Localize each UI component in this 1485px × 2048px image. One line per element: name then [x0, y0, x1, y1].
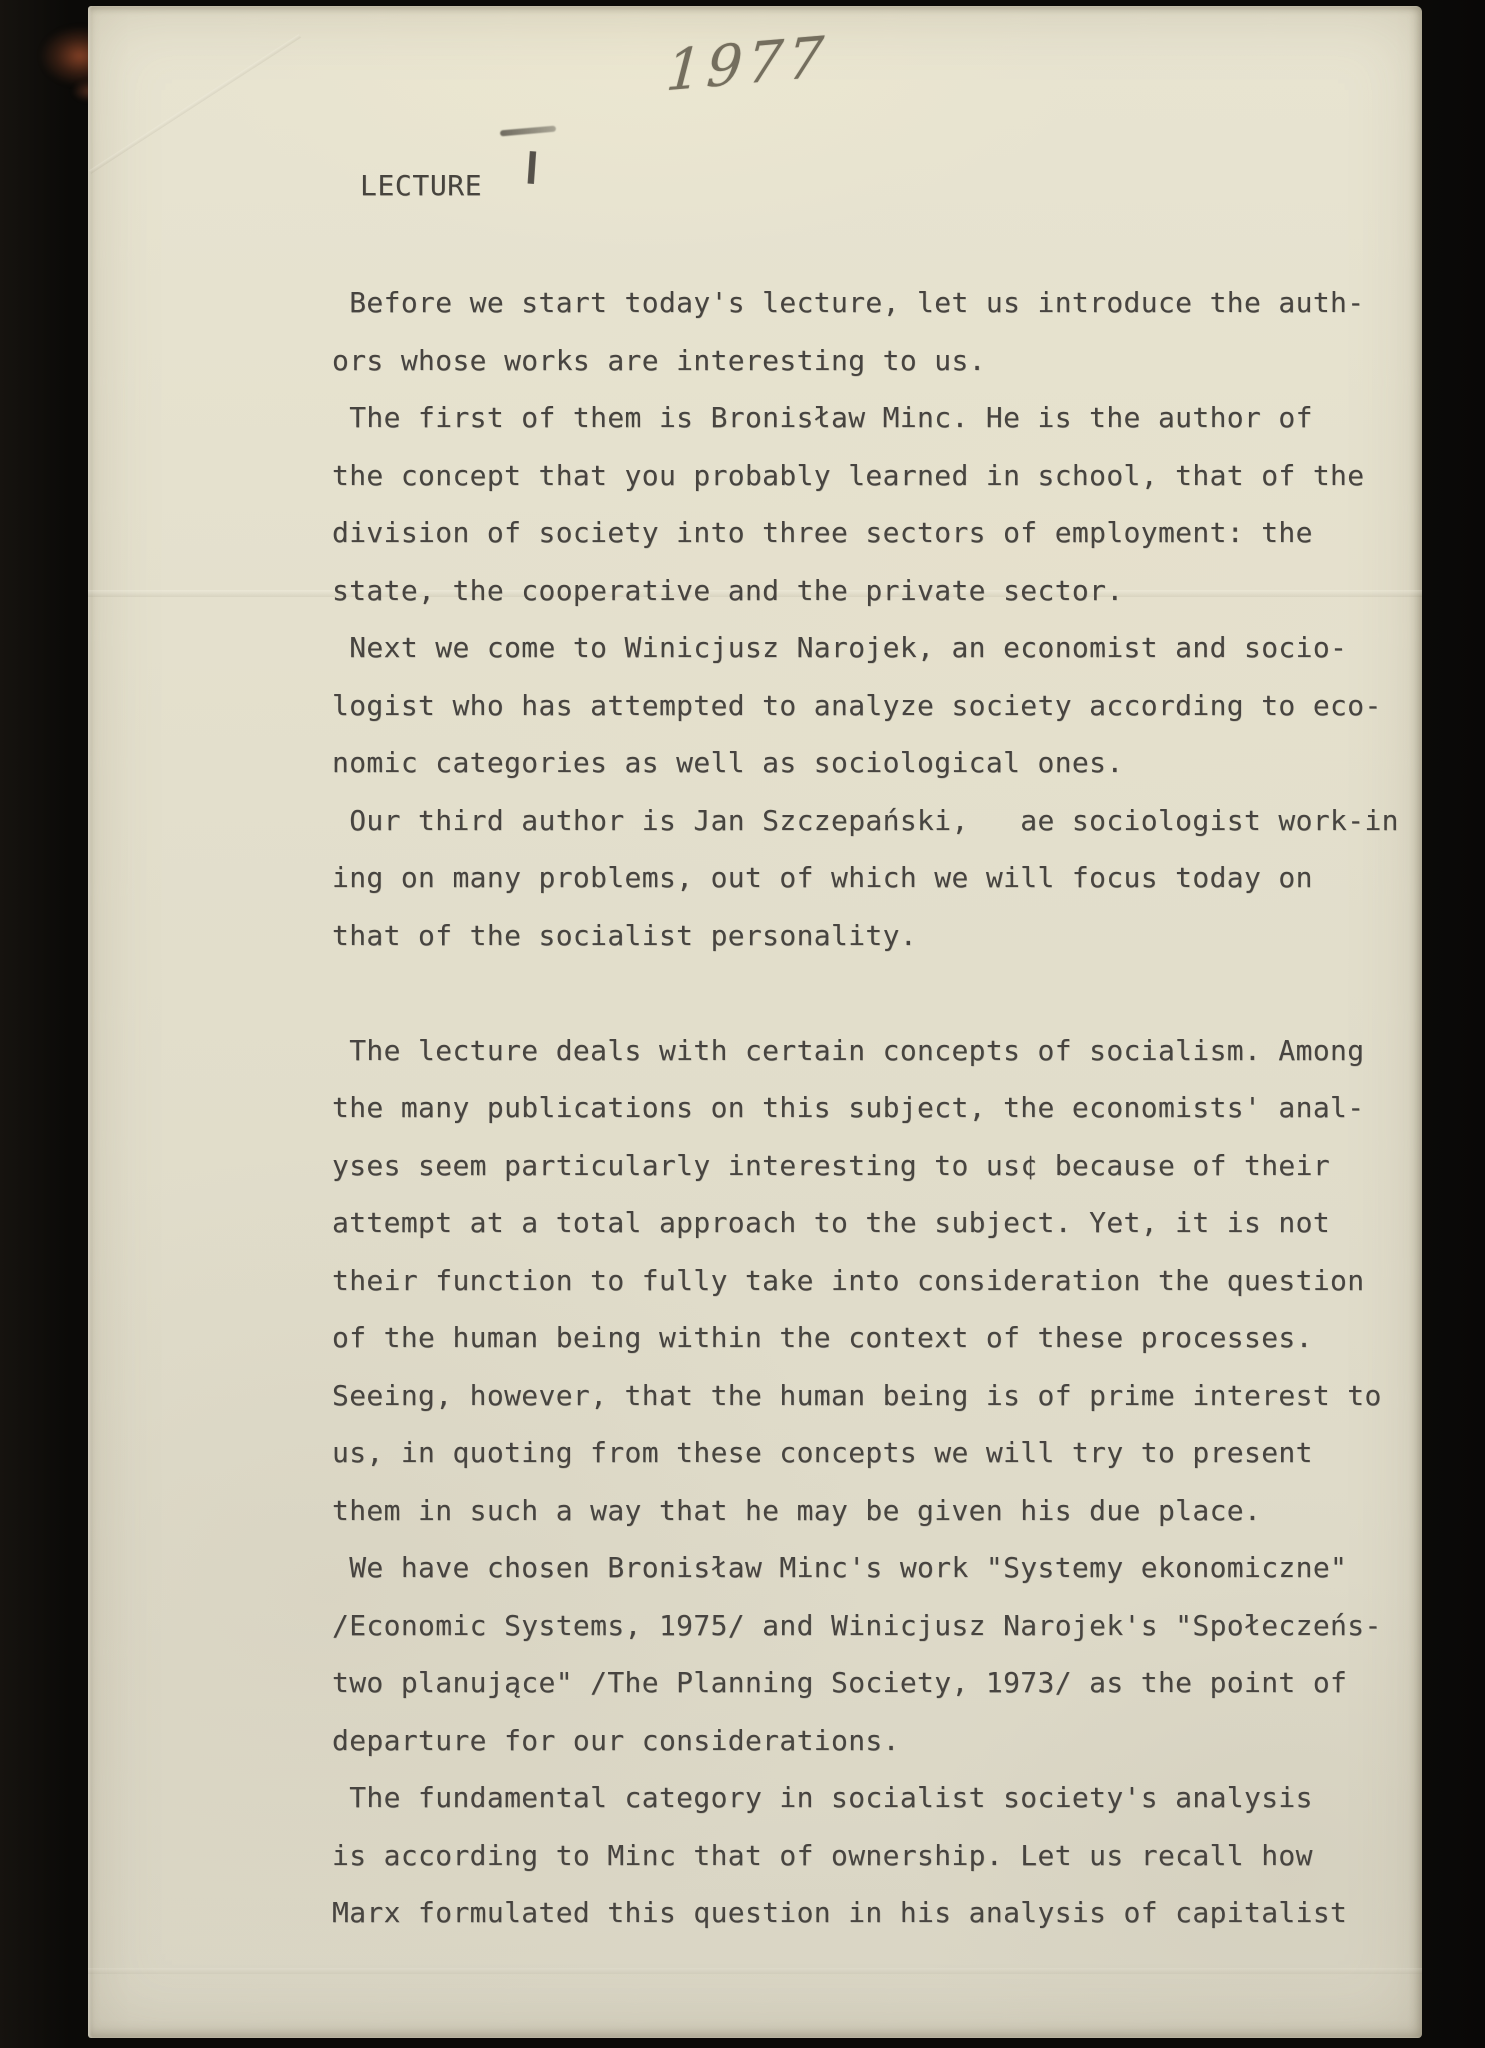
text-line: nomic categories as well as sociological… — [332, 746, 1399, 804]
text-line: of the human being within the context of… — [332, 1321, 1399, 1379]
text-line: logist who has attempted to analyze soci… — [332, 689, 1399, 747]
text-line: them in such a way that he may be given … — [332, 1494, 1399, 1552]
text-line: ing on many problems, out of which we wi… — [332, 861, 1399, 919]
horizontal-fold-crease-lower — [88, 1968, 1422, 1974]
text-line: departure for our considerations. — [332, 1724, 1399, 1782]
corner-fold-crease — [89, 34, 301, 174]
text-line: their function to fully take into consid… — [332, 1264, 1399, 1322]
text-line: Marx formulated this question in his ana… — [332, 1896, 1399, 1954]
text-line: yses seem particularly interesting to us… — [332, 1149, 1399, 1207]
lecture-heading: LECTURE — [360, 169, 482, 202]
paper-sheet: 1977 LECTURE I Before we start today's l… — [88, 6, 1422, 2038]
text-line: state, the cooperative and the private s… — [332, 574, 1399, 632]
text-line: the many publications on this subject, t… — [332, 1091, 1399, 1149]
text-line: We have chosen Bronisław Minc's work "Sy… — [332, 1551, 1399, 1609]
text-line: /Economic Systems, 1975/ and Winicjusz N… — [332, 1609, 1399, 1667]
text-line: is according to Minc that of ownership. … — [332, 1839, 1399, 1897]
text-line: The fundamental category in socialist so… — [332, 1781, 1399, 1839]
text-line: that of the socialist personality. — [332, 919, 1399, 977]
text-line: two planujące" /The Planning Society, 19… — [332, 1666, 1399, 1724]
text-line: Seeing, however, that the human being is… — [332, 1379, 1399, 1437]
handwritten-year: 1977 — [664, 25, 830, 105]
text-line: Our third author is Jan Szczepański, ae … — [332, 804, 1399, 862]
text-line: the concept that you probably learned in… — [332, 459, 1399, 517]
text-line: Next we come to Winicjusz Narojek, an ec… — [332, 631, 1399, 689]
lecture-body: Before we start today's lecture, let us … — [332, 286, 1399, 1954]
text-line: ors whose works are interesting to us. — [332, 344, 1399, 402]
text-line: attempt at a total approach to the subje… — [332, 1206, 1399, 1264]
text-line: The first of them is Bronisław Minc. He … — [332, 401, 1399, 459]
handwritten-numeral: I — [524, 142, 540, 194]
text-line: us, in quoting from these concepts we wi… — [332, 1436, 1399, 1494]
text-line-blank — [332, 976, 1399, 1034]
scanned-document-page: 1977 LECTURE I Before we start today's l… — [0, 0, 1485, 2048]
text-line: The lecture deals with certain concepts … — [332, 1034, 1399, 1092]
pencil-stroke — [500, 126, 556, 137]
text-line: Before we start today's lecture, let us … — [332, 286, 1399, 344]
text-line: division of society into three sectors o… — [332, 516, 1399, 574]
